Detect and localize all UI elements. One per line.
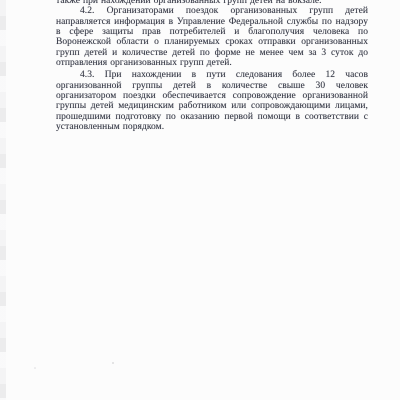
paragraph-4-2-number: 4.2. xyxy=(80,6,94,16)
paragraph-4-2-text: Организаторами поездок организованных гр… xyxy=(56,6,368,68)
scan-speck xyxy=(112,362,114,364)
scan-edge-shadow xyxy=(0,0,6,400)
paragraph-4-3-number: 4.3. xyxy=(80,70,94,80)
paragraph-4-3: 4.3. При нахождении в пути следования бо… xyxy=(56,70,368,132)
paragraph-4-3-text: При нахождении в пути следования более 1… xyxy=(56,70,368,132)
paragraph-4-2: 4.2. Организаторами поездок организованн… xyxy=(56,6,368,68)
document-text-block: также при нахождении организованных груп… xyxy=(56,0,368,132)
scanned-document-page: также при нахождении организованных груп… xyxy=(0,0,400,400)
scan-speck xyxy=(34,367,36,369)
